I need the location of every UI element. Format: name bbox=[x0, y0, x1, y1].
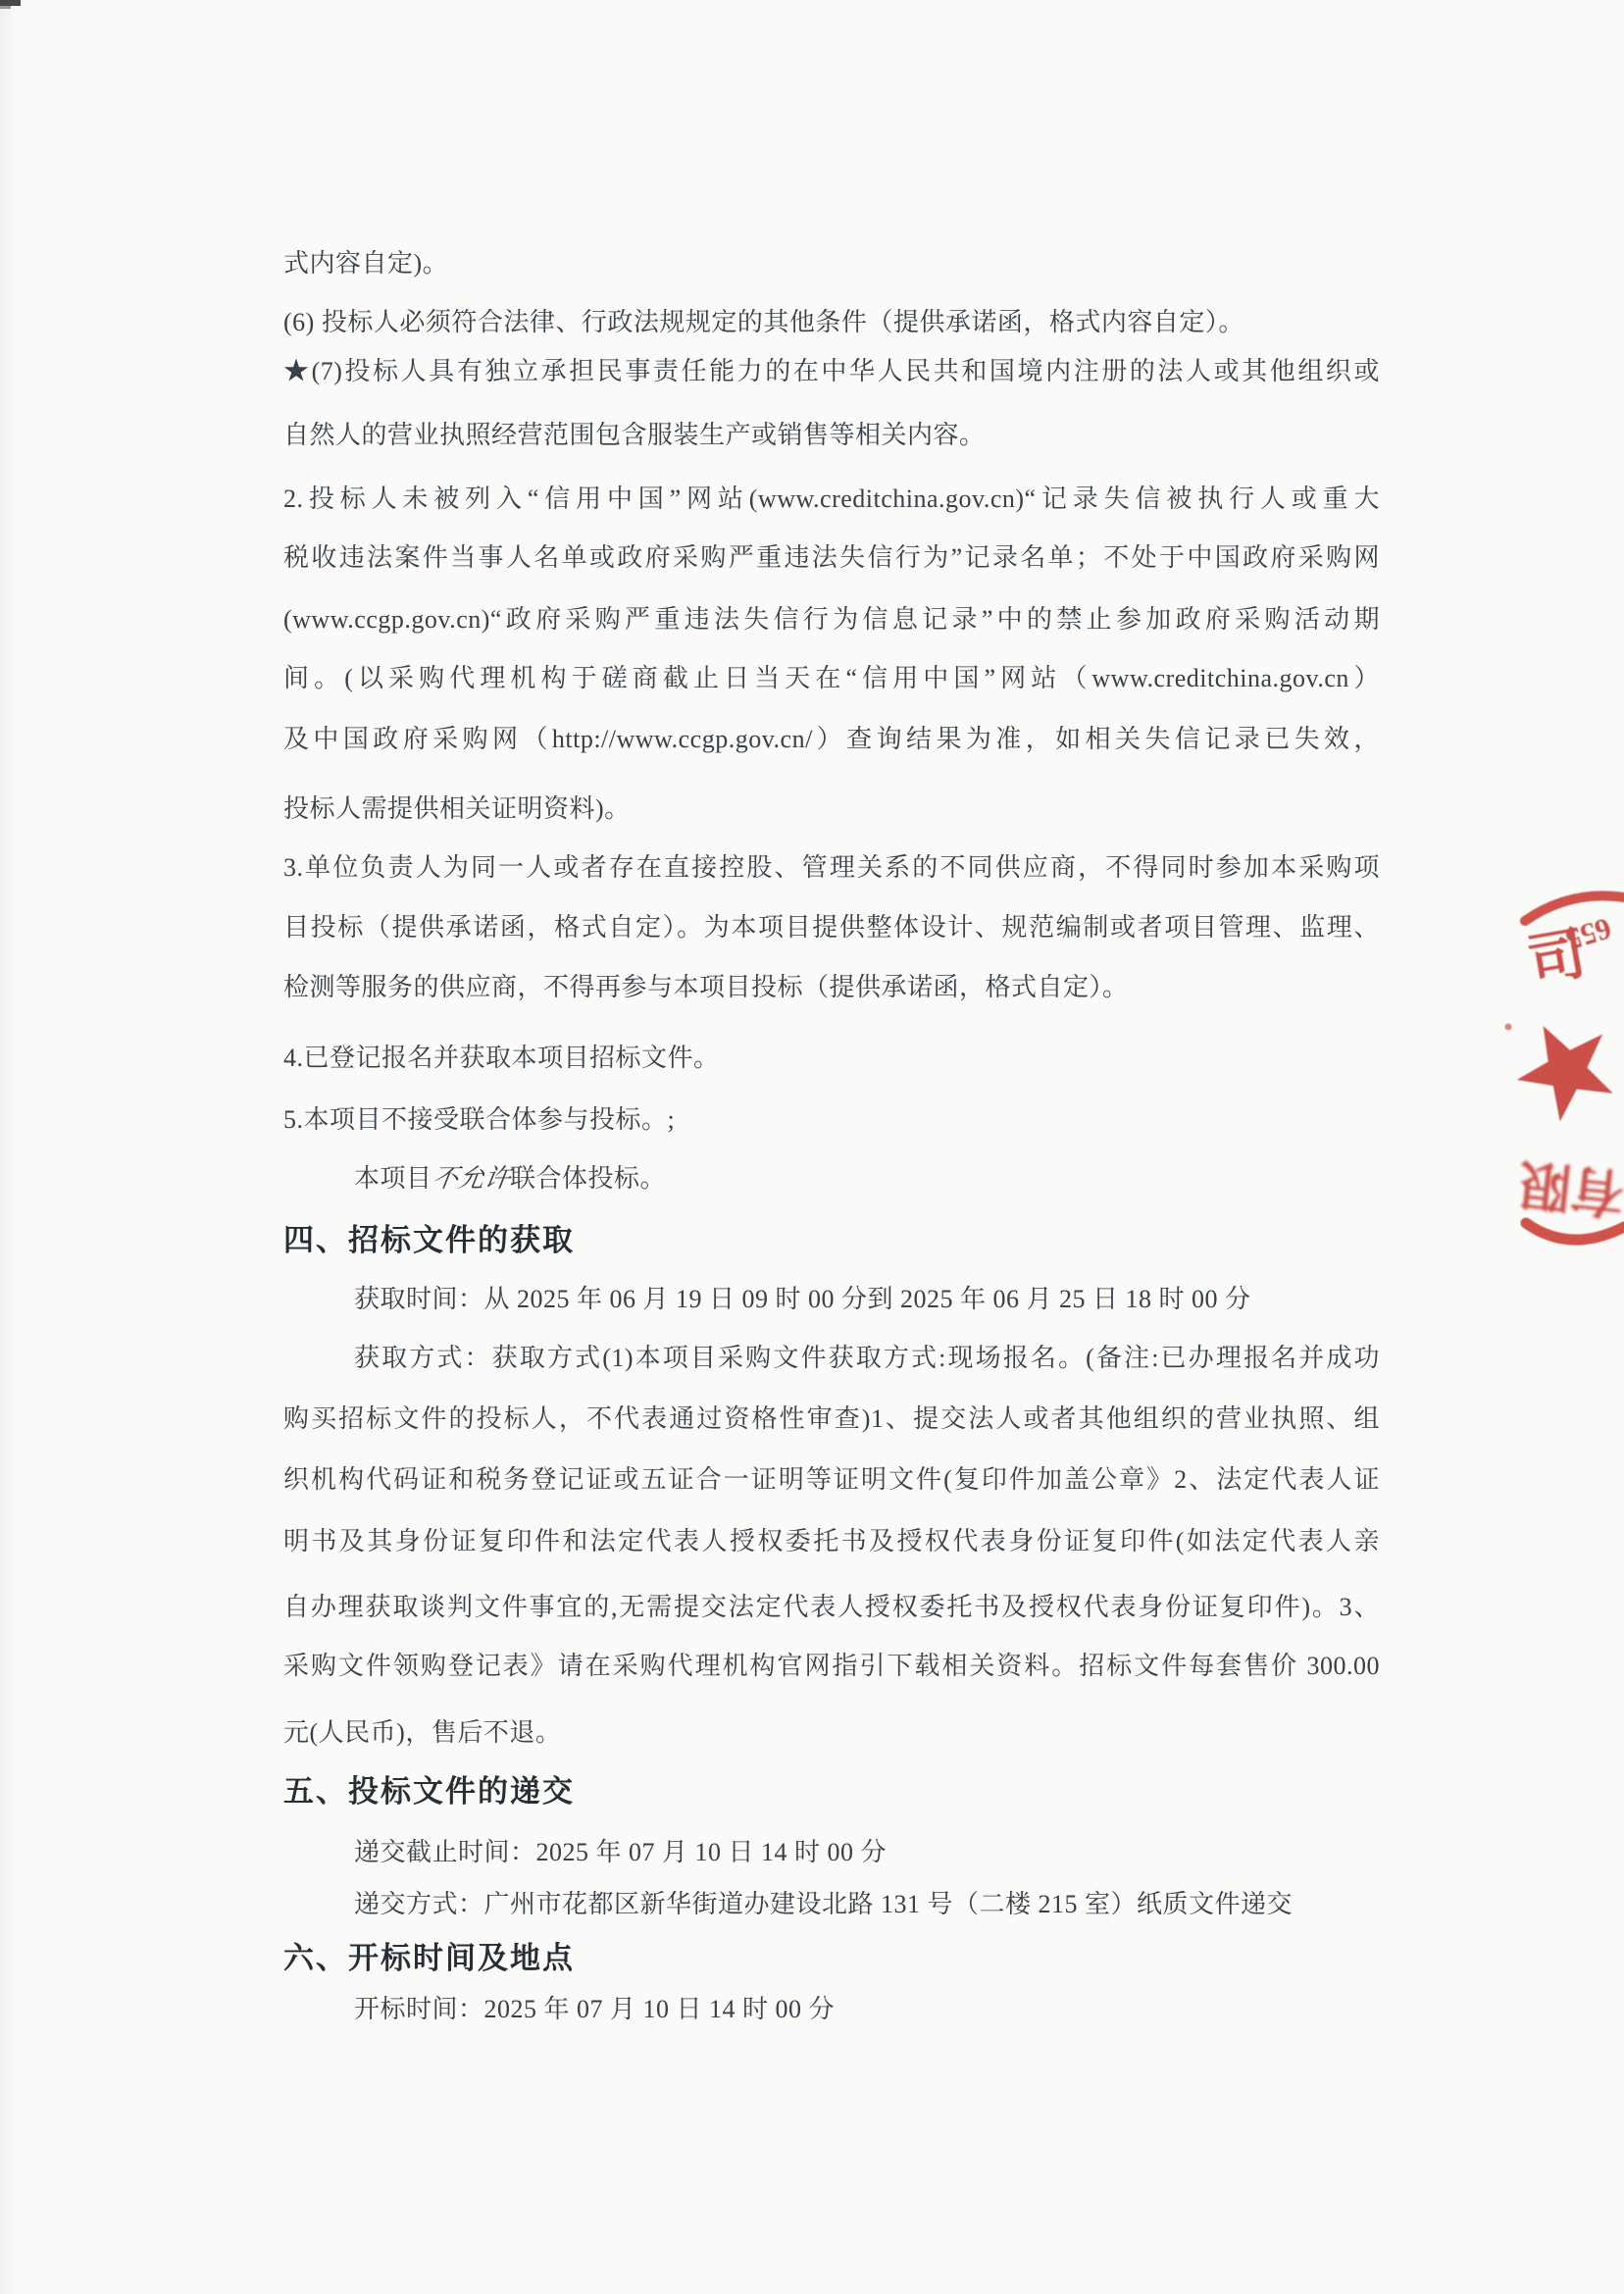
scanned-tender-document-page: { "doc": { "lines": [ "式内容自定)。", "(6) 投标… bbox=[0, 0, 1624, 2294]
doc-line-credit-china: 2.投标人未被列入“信用中国”网站(www.creditchina.gov.cn… bbox=[283, 483, 1380, 516]
doc-line: 织机构代码证和税务登记证或五证合一证明等证明文件(复印件加盖公章》2、法定代表人… bbox=[283, 1463, 1380, 1497]
section-heading-obtain-documents: 四、招标文件的获取 bbox=[283, 1221, 1380, 1260]
submission-method-line: 递交方式：广州市花都区新华街道办建设北路 131 号（二楼 215 室）纸质文件… bbox=[354, 1888, 1380, 1921]
doc-line-condition-6: (6) 投标人必须符合法律、行政法规规定的其他条件（提供承诺函，格式内容自定）。 bbox=[283, 306, 1380, 339]
section-heading-bid-submission: 五、投标文件的递交 bbox=[283, 1772, 1380, 1811]
section-heading-bid-opening: 六、开标时间及地点 bbox=[283, 1939, 1380, 1978]
document-body: 式内容自定)。 (6) 投标人必须符合法律、行政法规规定的其他条件（提供承诺函，… bbox=[283, 0, 1380, 2294]
obtain-method-line: 获取方式：获取方式(1)本项目采购文件获取方式:现场报名。(备注:已办理报名并成… bbox=[354, 1342, 1380, 1375]
doc-line-price-tail: 元(人民币)，售后不退。 bbox=[283, 1716, 1380, 1750]
doc-line-item-5: 5.本项目不接受联合体参与投标。; bbox=[283, 1103, 1380, 1137]
seal-bottom-arc bbox=[1526, 1223, 1624, 1240]
seal-serial-number: 655 bbox=[1562, 911, 1616, 957]
seal-star-icon bbox=[1500, 1003, 1624, 1131]
doc-line: 自办理获取谈判文件事宜的,无需提交法定代表人授权委托书及授权代表身份证复印件)。… bbox=[283, 1591, 1380, 1624]
allow-note-prefix: 本项目 bbox=[354, 1164, 432, 1193]
scan-corner-artifact-light bbox=[0, 6, 11, 9]
doc-line: 式内容自定)。 bbox=[283, 247, 1380, 280]
company-seal-stamp: 司 655 有限 bbox=[1487, 878, 1624, 1265]
doc-line: 投标人需提供相关证明资料)。 bbox=[283, 792, 1380, 826]
allow-note-emphasis: 不允许 bbox=[430, 1162, 512, 1196]
doc-line: 及中国政府采购网（http://www.ccgp.gov.cn/）查询结果为准，… bbox=[283, 723, 1380, 756]
allow-note-suffix: 联合体投标。 bbox=[510, 1164, 666, 1193]
doc-line: (www.ccgp.gov.cn)“政府采购严重违法失信行为信息记录”中的禁止参… bbox=[283, 603, 1380, 637]
doc-line-item-3: 3.单位负责人为同一人或者存在直接控股、管理关系的不同供应商，不得同时参加本采购… bbox=[283, 851, 1380, 885]
doc-line-condition-7-star: ★(7)投标人具有独立承担民事责任能力的在中华人民共和国境内注册的法人或其他组织… bbox=[283, 355, 1380, 388]
seal-bottom-chars: 有限 bbox=[1515, 1153, 1624, 1223]
obtain-time-line: 获取时间：从 2025 年 06 月 19 日 09 时 00 分到 2025 … bbox=[354, 1283, 1380, 1316]
doc-line: 目投标（提供承诺函，格式自定）。为本项目提供整体设计、规范编制或者项目管理、监理… bbox=[283, 911, 1380, 944]
doc-line: 间。(以采购代理机构于磋商截止日当天在“信用中国”网站（www.creditch… bbox=[283, 662, 1380, 695]
doc-line: 税收违法案件当事人名单或政府采购严重违法失信行为”记录名单；不处于中国政府采购网 bbox=[283, 541, 1380, 575]
doc-line: 购买招标文件的投标人，不代表通过资格性审查)1、提交法人或者其他组织的营业执照、… bbox=[283, 1402, 1380, 1436]
submission-deadline-line: 递交截止时间：2025 年 07 月 10 日 14 时 00 分 bbox=[354, 1836, 1380, 1869]
opening-time-line: 开标时间：2025 年 07 月 10 日 14 时 00 分 bbox=[354, 1993, 1380, 2026]
doc-line: 自然人的营业执照经营范围包含服装生产或销售等相关内容。 bbox=[283, 419, 1380, 452]
scan-edge-shading bbox=[0, 0, 16, 2294]
doc-line-item-4: 4.已登记报名并获取本项目招标文件。 bbox=[283, 1042, 1380, 1075]
doc-line: 采购文件领购登记表》请在采购代理机构官网指引下载相关资料。招标文件每套售价 30… bbox=[283, 1650, 1380, 1683]
seal-top-arc bbox=[1525, 895, 1624, 921]
doc-line: 明书及其身份证复印件和法定代表人授权委托书及授权代表身份证复印件(如法定代表人亲 bbox=[283, 1525, 1380, 1558]
doc-line: 检测等服务的供应商，不得再参与本项目投标（提供承诺函，格式自定）。 bbox=[283, 971, 1380, 1004]
seal-ink-speck bbox=[1505, 1024, 1512, 1031]
doc-line-no-consortium-note: 本项目不允许联合体投标。 bbox=[354, 1162, 1380, 1196]
